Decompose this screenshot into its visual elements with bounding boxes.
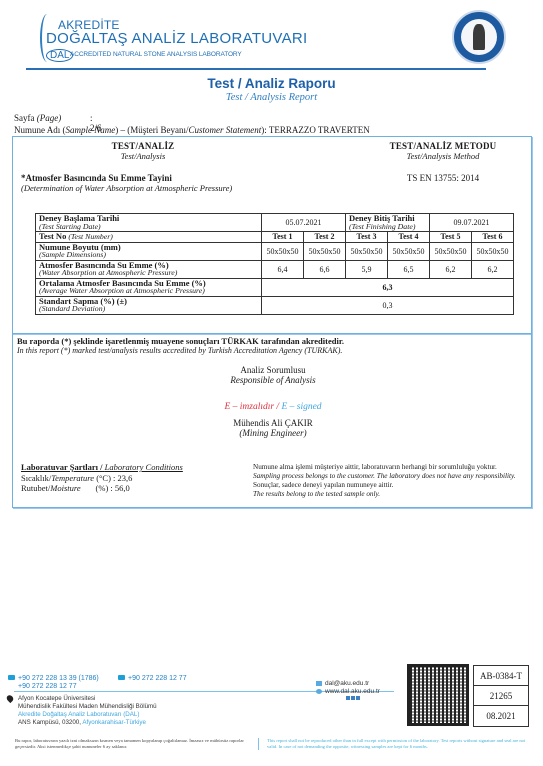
- sampling-notes: Numune alma işlemi müşteriye aittir, lab…: [253, 463, 516, 499]
- analysis-frame: TEST/ANALİZ Test/Analysis TEST/ANALİZ ME…: [12, 136, 532, 334]
- responsible-title: Analiz Sorumlusu Responsible of Analysis: [13, 365, 533, 385]
- table-row-test-numbers: Test No (Test Number) Test 1 Test 2 Test…: [36, 232, 514, 243]
- average-value: 6,3: [262, 278, 514, 296]
- lab-logo: AKREDİTE DOĞALTAŞ ANALİZ LABORATUVARI DA…: [18, 8, 318, 64]
- phone-icon: [8, 675, 15, 680]
- report-title: Test / Analiz Raporu: [0, 76, 543, 91]
- e-signature: E – imzalıdır / E – signed: [13, 402, 533, 412]
- results-table: Deney Başlama Tarihi(Test Starting Date)…: [35, 213, 514, 315]
- table-row-dates: Deney Başlama Tarihi(Test Starting Date)…: [36, 214, 514, 232]
- logo-line3: ACCREDITED NATURAL STONE ANALYSIS LABORA…: [70, 51, 242, 58]
- lab-conditions: Laboratuvar Şartları / Laboratory Condit…: [21, 462, 183, 494]
- column-header-analysis: TEST/ANALİZ Test/Analysis: [73, 141, 213, 161]
- finish-date: 09.07.2021: [430, 214, 514, 232]
- table-row-absorption: Atmosfer Basıncında Su Emme (%)(Water Ab…: [36, 260, 514, 278]
- web-icon: [316, 689, 322, 694]
- footer-contact: dal@aku.edu.tr www.dal.aku.edu.tr: [316, 680, 380, 700]
- moisture-row: Rutubet/Moisture (%) : 56,0: [21, 483, 183, 494]
- university-seal-icon: [452, 10, 506, 64]
- footer-address: Afyon Kocatepe Üniversitesi Mühendislik …: [18, 695, 157, 727]
- location-pin-icon: [5, 694, 14, 703]
- header-divider: [26, 68, 486, 70]
- table-row-average: Ortalama Atmosfer Basıncında Su Emme (%)…: [36, 278, 514, 296]
- footer-phones: +90 272 228 13 39 (1786) +90 272 228 12 …: [8, 675, 99, 690]
- page-info: Sayfa (Page) : 2/6: [14, 113, 61, 123]
- std-dev-value: 0,3: [262, 296, 514, 314]
- table-row-std-dev: Standart Sapma (%) (±)(Standard Deviatio…: [36, 296, 514, 314]
- instagram-icon[interactable]: [356, 696, 360, 700]
- start-date: 05.07.2021: [262, 214, 346, 232]
- sample-name: Numune Adı (Sample Name) – (Müşteri Beya…: [14, 125, 370, 135]
- signature-frame: Bu raporda (*) şeklinde işaretlenmiş mua…: [12, 333, 532, 508]
- accreditation-note: Bu raporda (*) şeklinde işaretlenmiş mua…: [17, 336, 344, 355]
- analysis-method: TS EN 13755: 2014: [373, 173, 513, 183]
- email-icon: [316, 681, 322, 686]
- fax-icon: [118, 675, 125, 680]
- facebook-icon[interactable]: [346, 696, 350, 700]
- column-header-method: TEST/ANALİZ METODU Test/Analysis Method: [373, 141, 513, 161]
- email-link[interactable]: dal@aku.edu.tr: [325, 680, 369, 687]
- disclaimer-en: This report shall not be reproduced othe…: [258, 738, 528, 750]
- logo-line2: DOĞALTAŞ ANALİZ LABORATUVARI: [46, 30, 308, 47]
- social-icons: [346, 696, 380, 700]
- analysis-name: *Atmosfer Basıncında Su Emme Tayini (Det…: [21, 173, 232, 193]
- sample-value: ): TERRAZZO TRAVERTEN: [261, 125, 369, 135]
- table-row-dimensions: Numune Boyutu (mm)(Sample Dimensions) 50…: [36, 242, 514, 260]
- engineer-name: Mühendis Ali ÇAKIR (Mining Engineer): [13, 418, 533, 438]
- qr-code: [407, 664, 469, 726]
- accreditation-codes: AB-0384-T 21265 08.2021: [473, 665, 529, 727]
- disclaimer-tr: Bu rapor, laboratuvarın yazılı izni olma…: [15, 738, 245, 750]
- report-subtitle: Test / Analysis Report: [0, 92, 543, 103]
- temperature-row: Sıcaklık/Temperature (°C) : 23,6: [21, 473, 183, 484]
- web-link[interactable]: www.dal.aku.edu.tr: [325, 688, 380, 695]
- twitter-icon[interactable]: [351, 696, 355, 700]
